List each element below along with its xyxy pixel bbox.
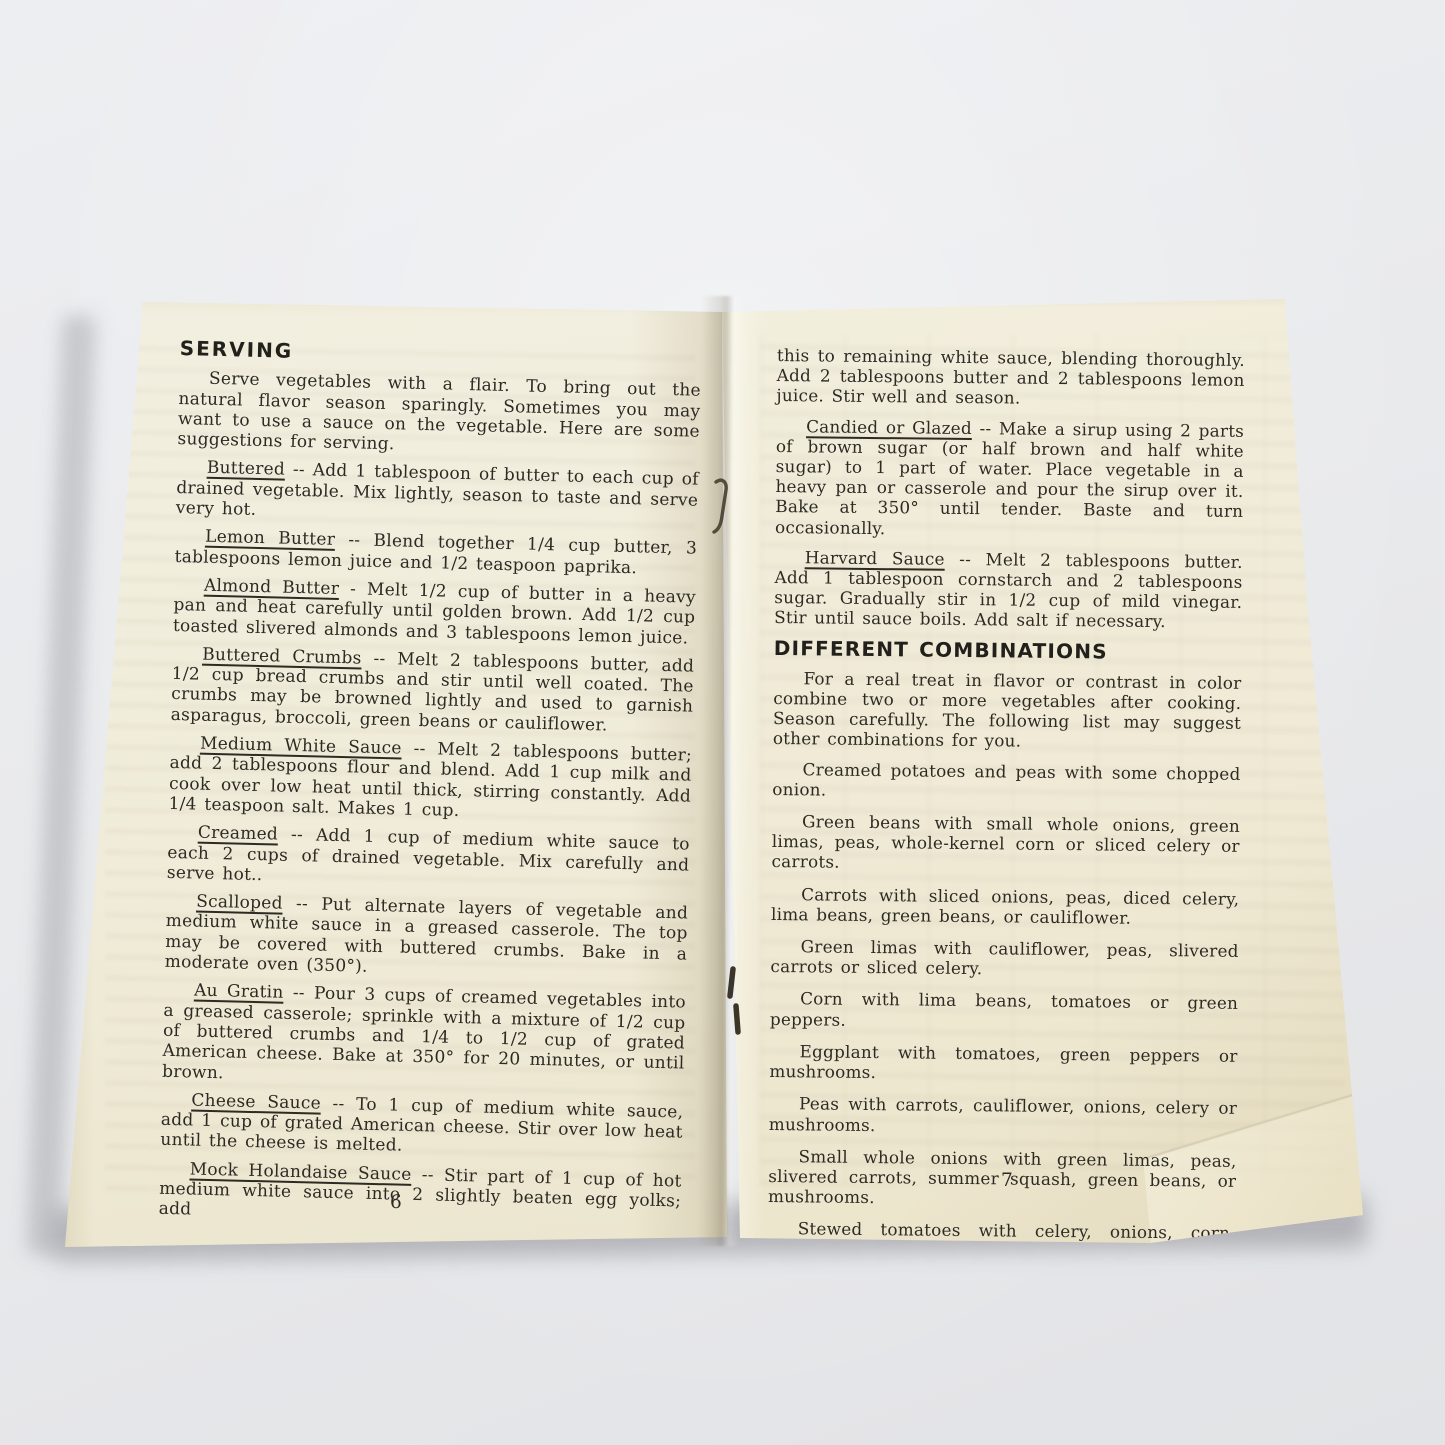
entry-dash: --	[332, 1094, 344, 1114]
entry-term: Au Gratin	[194, 981, 284, 1003]
entry-term: Lemon Butter	[205, 527, 335, 550]
recipe-entry: Buttered Crumbs -- Melt 2 tablespoons bu…	[171, 644, 695, 738]
intro-paragraph: Serve vegetables with a flair. To bring …	[177, 368, 701, 462]
entry-dash: --	[979, 418, 991, 438]
combination-item: Creamed potatoes and peas with some chop…	[772, 759, 1240, 804]
entry-dash: --	[293, 983, 305, 1003]
recipe-entry: Lemon Butter -- Blend together 1/4 cup b…	[174, 526, 697, 579]
entry-dash: -	[350, 579, 356, 599]
photo-of-open-booklet: SERVING Serve vegetables with a flair. T…	[0, 0, 1445, 1445]
entry-dash: --	[348, 531, 360, 551]
entry-dash: --	[959, 549, 971, 569]
recipe-entry: Buttered -- Add 1 tablespoon of butter t…	[176, 457, 699, 531]
entry-dash: --	[293, 460, 305, 480]
entry-dash: --	[373, 649, 385, 669]
recipe-entry: Scalloped -- Put alternate layers of veg…	[165, 891, 689, 985]
intro-paragraph: For a real treat in flavor or contrast i…	[773, 668, 1242, 754]
combination-item: Eggplant with tomatoes, green peppers or…	[769, 1041, 1237, 1086]
entry-term: Candied or Glazed	[806, 416, 972, 438]
recipe-entry: Cheese Sauce -- To 1 cup of medium white…	[160, 1090, 683, 1164]
combination-item: Peas with carrots, cauliflower, onions, …	[769, 1093, 1237, 1138]
entry-dash: --	[422, 1165, 434, 1185]
page-number: 7	[1001, 1170, 1013, 1191]
section-heading-different-combinations: DIFFERENT COMBINATIONS	[774, 638, 1242, 663]
page-number: 6	[390, 1192, 402, 1213]
entry-term: Scalloped	[196, 892, 283, 914]
recipe-entry: Medium White Sauce -- Melt 2 tablespoons…	[168, 733, 692, 827]
combination-item: Corn with lima beans, tomatoes or green …	[770, 988, 1238, 1033]
right-page: this to remaining white sauce, blending …	[715, 290, 1380, 1255]
recipe-entry: Candied or Glazed -- Make a sirup using …	[775, 416, 1244, 542]
entry-text: Make a sirup using 2 parts of brown suga…	[775, 418, 1244, 538]
section-heading-serving: SERVING	[180, 338, 702, 371]
combination-item: Green beans with small whole onions, gre…	[771, 811, 1240, 877]
entry-dash: --	[291, 825, 303, 845]
entry-term: Buttered	[207, 458, 286, 480]
combination-item: Carrots with sliced onions, peas, diced …	[771, 884, 1239, 929]
recipe-entry: Almond Butter - Melt 1/2 cup of butter i…	[173, 575, 696, 649]
combination-item: Green limas with cauliflower, peas, sliv…	[770, 936, 1238, 981]
entry-term: Harvard Sauce	[805, 547, 945, 568]
recipe-entry: Creamed -- Add 1 cup of medium white sau…	[167, 822, 690, 896]
entry-dash: --	[413, 739, 425, 759]
left-page: SERVING Serve vegetables with a flair. T…	[60, 295, 730, 1260]
recipe-entry: Mock Holandaise Sauce -- Stir part of 1 …	[158, 1158, 681, 1232]
recipe-entry: Harvard Sauce -- Melt 2 tablespoons butt…	[774, 547, 1243, 633]
continuation-paragraph: this to remaining white sauce, blending …	[776, 345, 1245, 411]
entry-term: Creamed	[198, 823, 279, 845]
right-page-content: this to remaining white sauce, blending …	[767, 345, 1245, 1276]
entry-term: Cheese Sauce	[191, 1090, 321, 1113]
entry-dash: --	[296, 894, 308, 914]
left-page-content: SERVING Serve vegetables with a flair. T…	[158, 338, 702, 1240]
recipe-entry: Au Gratin -- Pour 3 cups of creamed vege…	[162, 980, 686, 1094]
